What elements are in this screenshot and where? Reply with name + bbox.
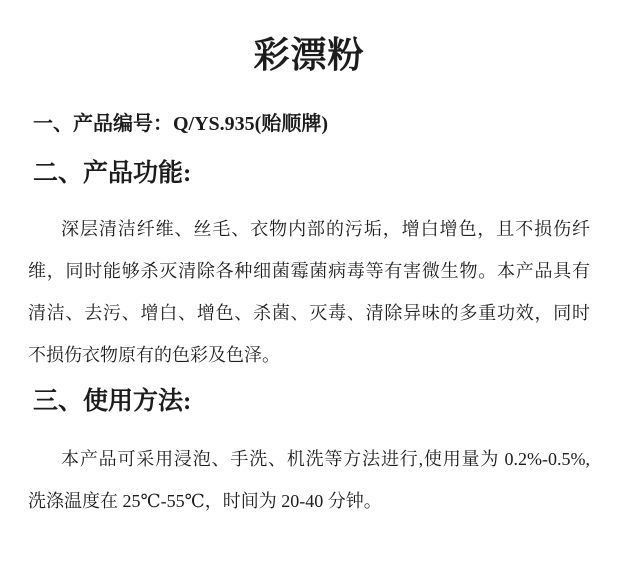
paragraph-line: 不损伤衣物原有的色彩及色泽。 [28,334,590,376]
section-heading-product-function: 二、产品功能: [33,159,590,189]
paragraph-line: 清洁、去污、增白、增色、杀菌、灭毒、清除异味的多重功效，同时 [28,292,590,334]
paragraph-line: 本产品可采用浸泡、手洗、机洗等方法进行,使用量为 0.2%-0.5%, [28,438,590,480]
document-title: 彩漂粉 [0,33,618,77]
paragraph-line: 洗涤温度在 25℃-55℃，时间为 20-40 分钟。 [28,480,590,522]
section-heading-product-code: 一、产品编号：Q/YS.935(贻顺牌) [33,112,590,136]
section-heading-usage-method: 三、使用方法: [33,387,590,417]
paragraph-line: 维，同时能够杀灭清除各种细菌霉菌病毒等有害微生物。本产品具有 [28,250,590,292]
usage-method-paragraph: 本产品可采用浸泡、手洗、机洗等方法进行,使用量为 0.2%-0.5%, 洗涤温度… [28,438,590,522]
paragraph-line: 深层清洁纤维、丝毛、衣物内部的污垢，增白增色，且不损伤纤 [28,208,590,250]
product-function-paragraph: 深层清洁纤维、丝毛、衣物内部的污垢，增白增色，且不损伤纤 维，同时能够杀灭清除各… [28,208,590,376]
document-page: 彩漂粉 一、产品编号：Q/YS.935(贻顺牌) 二、产品功能: 深层清洁纤维、… [0,0,618,585]
